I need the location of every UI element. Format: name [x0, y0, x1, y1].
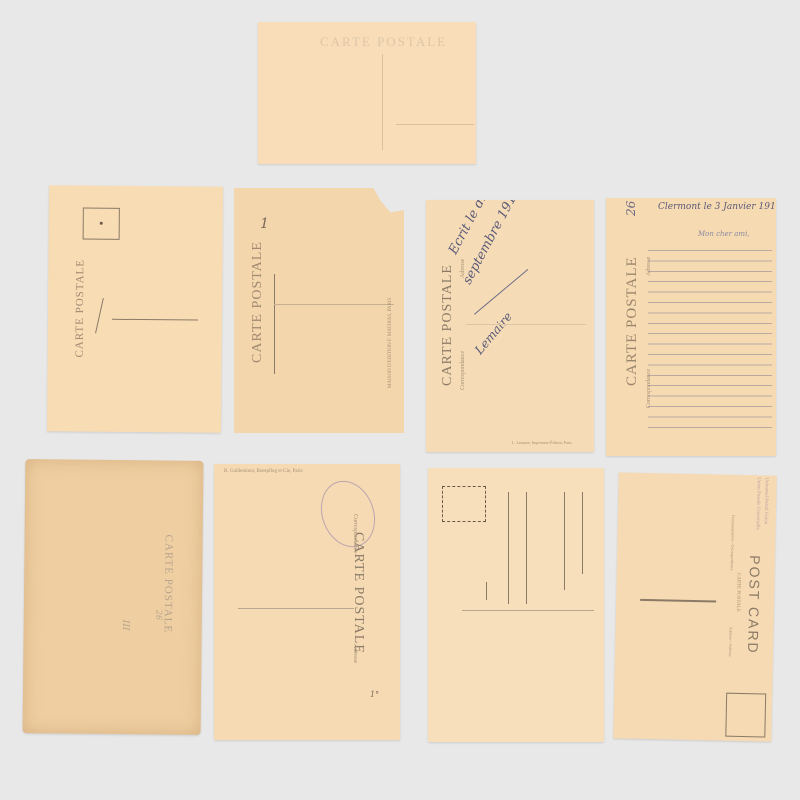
- adresse-label: Adresse: [352, 644, 358, 663]
- short-line: [486, 582, 487, 600]
- publisher-line: MAISON D'EDITION F. MATHIAS, PARIS: [388, 298, 393, 388]
- postcard-top-horizontal: CARTE POSTALE: [258, 22, 476, 164]
- adresse-label: Address—Adresse: [728, 627, 734, 657]
- handwritten-mark: 1: [260, 216, 269, 232]
- postcard-row2-3: [428, 468, 604, 742]
- divider-line: [462, 610, 594, 611]
- handwriting-signature: Lemaire: [472, 309, 515, 357]
- pencil-mark-iii: III: [120, 620, 130, 631]
- postcard-row2-4: Universal Postal Union Union Postale Uni…: [613, 472, 777, 741]
- address-line: [396, 124, 474, 125]
- pencil-mark-26: 26: [154, 610, 163, 620]
- address-line: [466, 324, 586, 325]
- publisher-line: R. Guilleminot, Boespflug et Cie, Paris: [224, 469, 303, 474]
- divider-line: [382, 54, 383, 150]
- card-title: CARTE POSTALE: [250, 241, 266, 363]
- postcard-row1-4: 26 Clermont le 3 Janvier 1917 Mon cher a…: [606, 198, 776, 456]
- stamp-box-icon: [725, 693, 766, 738]
- address-line: [112, 319, 198, 321]
- divider-line: [238, 608, 354, 609]
- handwritten-letter-body: [648, 242, 772, 432]
- correspondance-label: Correspondance: [460, 351, 466, 390]
- postcard-row1-3: CARTE POSTALE Correspondance Adresse Ecr…: [426, 200, 594, 452]
- address-line-2: [526, 492, 527, 604]
- header-text-2: Union Postale Universelle: [755, 477, 761, 530]
- handwritten-mark: 1°: [370, 690, 379, 699]
- card-title: CARTE POSTALE: [624, 256, 641, 386]
- divider-line: [95, 298, 104, 333]
- signature-flourish: [474, 269, 528, 315]
- correspondance-label: Correspondance: [352, 514, 358, 553]
- card-title: POST CARD: [745, 555, 763, 655]
- card-title: CARTE POSTALE: [162, 535, 175, 634]
- divider-line: [640, 599, 716, 603]
- publisher-line: L. Lemaire, Imprimeur-Éditeur, Paris: [512, 440, 572, 445]
- address-line: [274, 304, 394, 305]
- postcard-row1-2: 1 CARTE POSTALE MAISON D'EDITION F. MATH…: [234, 188, 404, 433]
- postcard-row2-1: CARTE POSTALE 26 III: [23, 459, 204, 735]
- number-mark: 26: [624, 201, 638, 216]
- card-title: CARTE POSTALE: [440, 264, 456, 386]
- card-title: CARTE POSTALE: [320, 34, 447, 50]
- card-subtitle: CARTE POSTALE: [735, 573, 741, 612]
- correspondance-label: Communication—Correspondance: [730, 515, 736, 571]
- cancellation-stamp: [312, 473, 384, 555]
- address-line-3: [564, 492, 565, 590]
- address-line-1: [508, 492, 509, 604]
- postcard-row1-1: CARTE POSTALE: [47, 185, 223, 433]
- handwriting-salutation: Mon cher ami,: [698, 230, 750, 238]
- divider-line: [274, 274, 275, 374]
- card-title: CARTE POSTALE: [74, 259, 87, 358]
- stamp-box-icon: [83, 208, 120, 240]
- header-text-1: Universal Postal Union: [763, 477, 769, 524]
- address-line-4: [582, 492, 583, 574]
- postcard-row2-2: R. Guilleminot, Boespflug et Cie, Paris …: [214, 464, 400, 740]
- stamp-box-icon: [442, 486, 486, 522]
- handwriting-header: Clermont le 3 Janvier 1917: [658, 202, 776, 212]
